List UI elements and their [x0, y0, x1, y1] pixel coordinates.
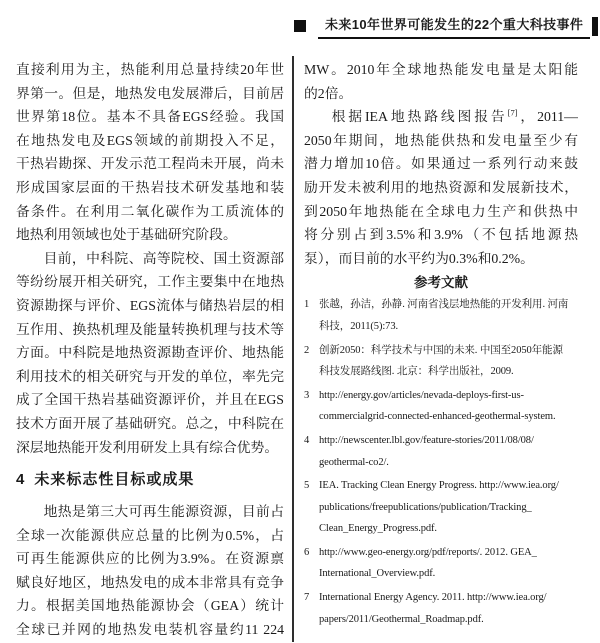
text-line: 全球已并网的地热发电装机容量约11 224 [16, 618, 284, 642]
reference-item: 7International Energy Agency. 2011. http… [304, 587, 578, 630]
references-heading: 参考文献 [304, 271, 578, 294]
reference-line: publications/freepublications/publicatio… [319, 497, 578, 519]
reference-line: International Energy Agency. 2011. http:… [319, 587, 578, 609]
section-heading: 4未来标志性目标或成果 [16, 469, 284, 491]
text-line: MW。2010年全球地热能发电量是太阳能 [304, 58, 578, 82]
reference-number: 5 [304, 475, 309, 497]
text-line: 方面。中科院是地热资源勘查评价、地热能 [16, 341, 284, 365]
reference-line: commercialgrid-connected-enhanced-geothe… [319, 406, 578, 428]
text-line: 将分别占到3.5%和3.9%（不包括地源热 [304, 223, 578, 247]
text-line: 到2050年地热能在全球电力生产和供热中 [304, 200, 578, 224]
text-line: 潜力增加10倍。如果通过一系列行动来鼓 [304, 152, 578, 176]
reference-line: http://energy.gov/articles/nevada-deploy… [319, 385, 578, 407]
reference-item: 6http://www.geo-energy.org/pdf/reports/.… [304, 542, 578, 585]
reference-item: 4http://newscenter.lbl.gov/feature-stori… [304, 430, 578, 473]
reference-line: http://www.geo-energy.org/pdf/reports/. … [319, 542, 578, 564]
reference-line: 张越，孙洁，孙静. 河南省浅层地热能的开发利用. 河南 [319, 294, 578, 316]
citation-superscript: [7] [508, 108, 518, 118]
reference-line: 创新2050：科学技术与中国的未来. 中国至2050年能源 [319, 340, 578, 362]
section-number: 4 [16, 471, 25, 488]
paragraph: MW。2010年全球地热能发电量是太阳能的2倍。 [304, 58, 578, 105]
text-line: 世界第18位。基本不具备EGS经验。我国 [16, 105, 284, 129]
text-line: 在地热发电及EGS领域的前期投入不足， [16, 129, 284, 153]
text-line: 等纷纷展开相关研究，工作主要集中在地热 [16, 270, 284, 294]
text-line: 地热是第三大可再生能源资源，目前占 [16, 500, 284, 524]
section-title: 未来标志性目标或成果 [34, 471, 194, 488]
header-end-bar-icon [592, 17, 598, 36]
paragraph: 目前，中科院、高等院校、国土资源部们等纷纷展开相关研究，工作主要集中在地热资源勘… [16, 247, 284, 459]
text-line: 赋良好地区，地热发电的成本非常具有竞争 [16, 571, 284, 595]
reference-line: 科技发展路线图. 北京：科学出版社，2009. [319, 361, 578, 383]
text-line: 资源勘探与评价、EGS流体与储热岩层的相 [16, 294, 284, 318]
text-line: 干热岩勘探、开发示范工程尚未开展，尚未 [16, 152, 284, 176]
page-header: 未来10年世界可能发生的22个重大科技事件 [294, 13, 598, 39]
scanned-document-page: { "meta": { "ink_color": "#1a1a1a", "pap… [0, 0, 600, 643]
paragraph: 根据IEA地热路线图报告[7]，2011—2050年期间，地热能供热和发电量至少… [304, 105, 578, 270]
reference-number: 1 [304, 294, 309, 316]
text-line: 直接利用为主，热能利用总量持续20年世 [16, 58, 284, 82]
running-header-title: 未来10年世界可能发生的22个重大科技事件 [318, 13, 590, 39]
reference-item: 5IEA. Tracking Clean Energy Progress. ht… [304, 475, 578, 540]
text-line: 利用技术的相关研究与开发的单位，率先完 [16, 365, 284, 389]
text-line: 技术方面开展了基础研究。总之，中科院在 [16, 412, 284, 436]
text-line: 备条件。在利用二氧化碳作为工质流体的 [16, 200, 284, 224]
text-line: 力。根据美国地热能源协会（GEA）统计[6]， [16, 594, 284, 618]
reference-number: 3 [304, 385, 309, 407]
text-line: 励开发未被利用的地热资源和发展新技术， [304, 176, 578, 200]
right-text-column: MW。2010年全球地热能发电量是太阳能的2倍。根据IEA地热路线图报告[7]，… [304, 58, 578, 632]
text-line: 深层地热能开发利用研发上具有综合优势。 [16, 436, 284, 460]
square-bullet-icon [294, 20, 306, 32]
reference-line: geothermal-co2/. [319, 452, 578, 474]
reference-line: Clean_Energy_Progress.pdf. [319, 518, 578, 540]
reference-line: International_Overview.pdf. [319, 563, 578, 585]
text-line: 形成国家层面的干热岩技术研发基地和装 [16, 176, 284, 200]
reference-number: 7 [304, 587, 309, 609]
text-line: 的2倍。 [304, 82, 578, 106]
reference-number: 4 [304, 430, 309, 452]
reference-line: 科技，2011(5):73. [319, 316, 578, 338]
reference-line: IEA. Tracking Clean Energy Progress. htt… [319, 475, 578, 497]
text-line: 成了全国干热岩基础资源评价，并且在EGS [16, 388, 284, 412]
paragraph: 地热是第三大可再生能源资源，目前占全球一次能源供应总量的比例为0.5%，占可再生… [16, 500, 284, 642]
reference-item: 2创新2050：科学技术与中国的未来. 中国至2050年能源科技发展路线图. 北… [304, 340, 578, 383]
left-text-column: 直接利用为主，热能利用总量持续20年世界第一。但是，地热发电发展滞后，目前居世界… [16, 58, 284, 642]
text-line: 界第一。但是，地热发电发展滞后，目前居 [16, 82, 284, 106]
paragraph: 直接利用为主，热能利用总量持续20年世界第一。但是，地热发电发展滞后，目前居世界… [16, 58, 284, 247]
reference-number: 6 [304, 542, 309, 564]
text-line: 2050年期间，地热能供热和发电量至少有 [304, 129, 578, 153]
text-line: 全球一次能源供应总量的比例为0.5%，占 [16, 524, 284, 548]
reference-line: http://newscenter.lbl.gov/feature-storie… [319, 430, 578, 452]
text-line: 根据IEA地热路线图报告[7]，2011— [304, 105, 578, 129]
text-line: 地热利用领域也处于基础研究阶段。 [16, 223, 284, 247]
text-line: 互作用、换热机理及能量转换机理与技术等 [16, 318, 284, 342]
reference-item: 1张越，孙洁，孙静. 河南省浅层地热能的开发利用. 河南科技，2011(5):7… [304, 294, 578, 337]
text-line: 可再生能源供应的比例为3.9%。在资源禀 [16, 547, 284, 571]
reference-item: 3http://energy.gov/articles/nevada-deplo… [304, 385, 578, 428]
column-divider-rule [292, 56, 294, 642]
reference-line: papers/2011/Geothermal_Roadmap.pdf. [319, 609, 578, 631]
reference-number: 2 [304, 340, 309, 362]
text-line: 泵），而目前的水平约为0.3%和0.2%。 [304, 247, 578, 271]
text-line: 目前，中科院、高等院校、国土资源部们 [16, 247, 284, 271]
